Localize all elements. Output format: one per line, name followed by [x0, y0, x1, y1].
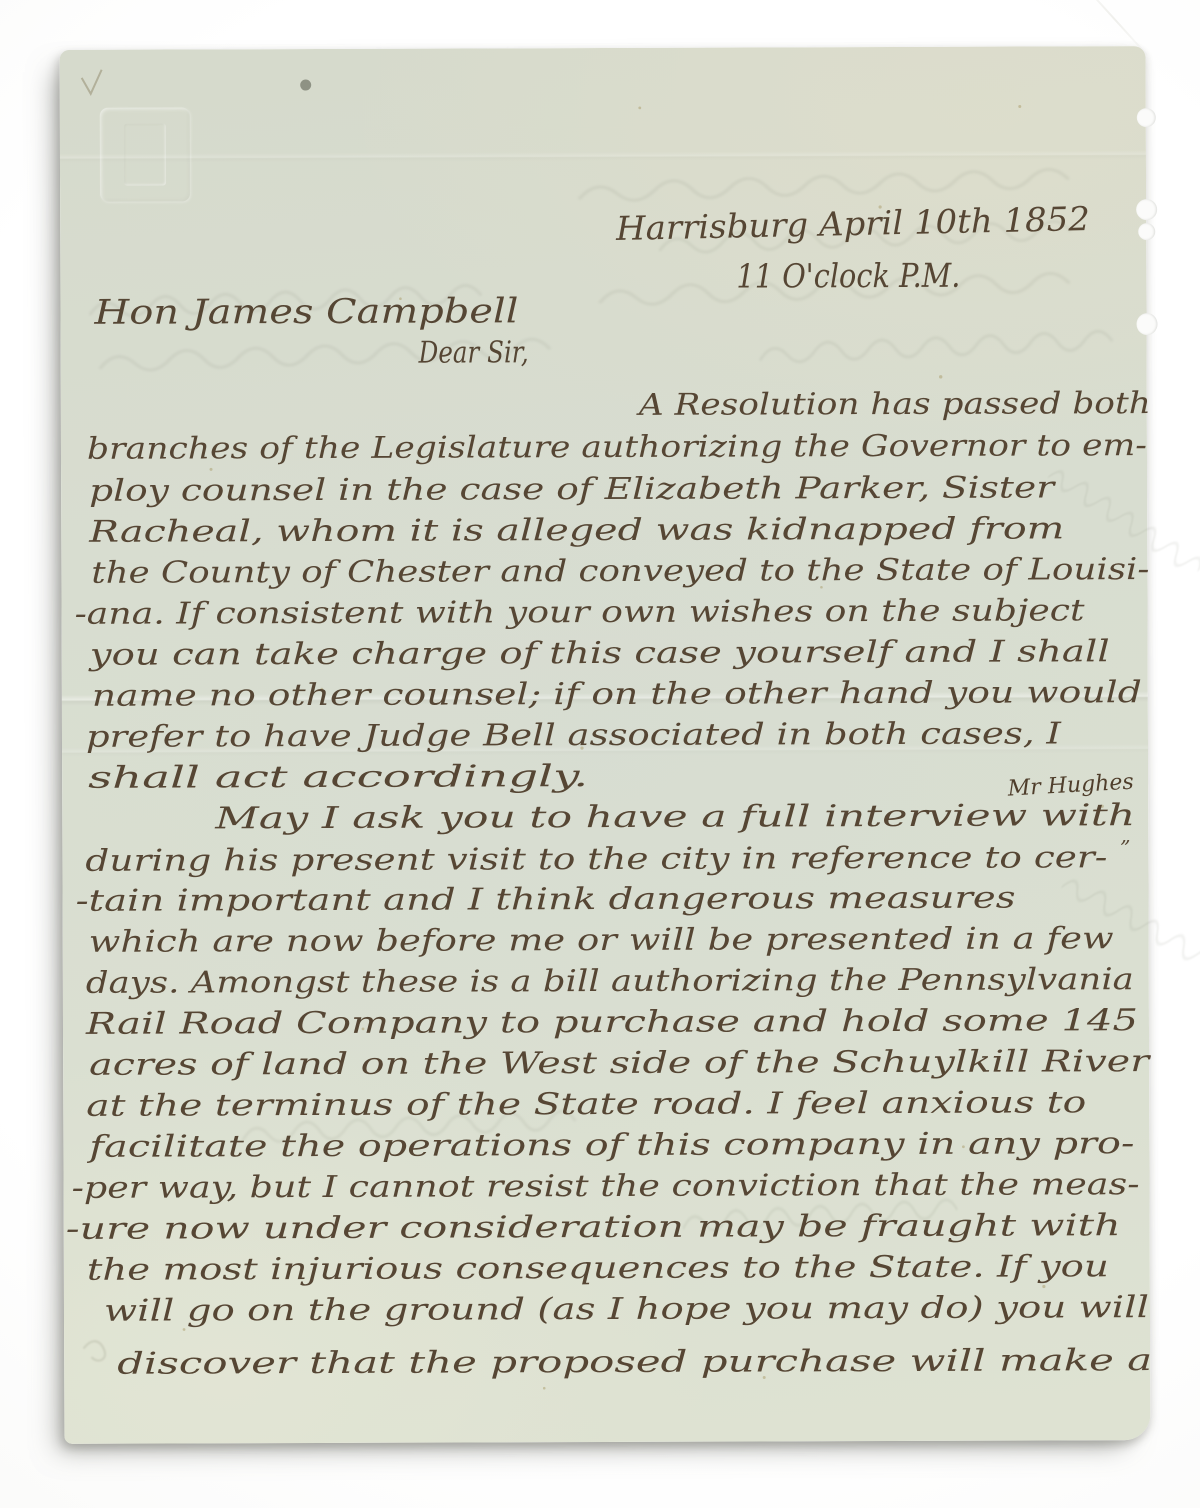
- letter-line: acres of land on the West side of the Sc…: [89, 1044, 1151, 1083]
- letter-line: the County of Chester and conveyed to th…: [91, 552, 1149, 591]
- letter-line: -ana. If consistent with your own wishes…: [74, 593, 1085, 632]
- handwriting-layer: Harrisburg April 10th 1852 11 O'clock P.…: [60, 46, 1151, 1444]
- letter-line: during his present visit to the city in …: [85, 840, 1107, 879]
- letter-line: name no other counsel; if on the other h…: [92, 675, 1142, 714]
- ink-dot-blemish: [300, 80, 311, 91]
- letter-paper: Harrisburg April 10th 1852 11 O'clock P.…: [60, 46, 1151, 1444]
- letter-line: prefer to have Judge Bell associated in …: [86, 716, 1063, 754]
- letter-line: branches of the Legislature authorizing …: [87, 428, 1147, 467]
- letter-line: Rail Road Company to purchase and hold s…: [85, 1003, 1138, 1042]
- letter-line: facilitate the operations of this compan…: [87, 1126, 1135, 1165]
- letter-line: discover that the proposed purchase will…: [117, 1343, 1152, 1382]
- recipient-line: Hon James Campbell: [93, 291, 518, 332]
- letter-line: will go on the ground (as I hope you may…: [104, 1290, 1149, 1329]
- salutation: Dear Sir,: [418, 335, 529, 370]
- pen-check-mark: [82, 70, 102, 94]
- letter-line: Racheal, whom it is alleged was kidnappe…: [88, 511, 1064, 549]
- letter-line: which are now before me or will be prese…: [89, 921, 1114, 960]
- letter-line: -ure now under consideration may be frau…: [66, 1208, 1121, 1247]
- letter-line: -tain important and I think dangerous me…: [75, 881, 1015, 919]
- dateline-time: 11 O'clock P.M.: [736, 256, 960, 296]
- letter-line: the most injurious consequences to the S…: [87, 1249, 1109, 1288]
- ghost-hook-mark: [84, 1341, 105, 1360]
- letter-line: ploy counsel in the case of Elizabeth Pa…: [89, 470, 1056, 508]
- letter-line: May I ask you to have a full interview w…: [214, 798, 1136, 836]
- insertion-caret: „: [1120, 823, 1130, 847]
- letter-line: at the terminus of the State road. I fee…: [86, 1085, 1086, 1123]
- insertion-mr-hughes: Mr Hughes: [1006, 770, 1134, 802]
- letter-line: shall act accordingly.: [88, 759, 588, 796]
- letter-line: A Resolution has passed both: [635, 386, 1151, 423]
- letter-text: Harrisburg April 10th 1852 11 O'clock P.…: [62, 199, 1154, 1382]
- letter-line: -per way, but I cannot resist the convic…: [71, 1167, 1139, 1206]
- letter-line: you can take charge of this case yoursel…: [87, 634, 1110, 673]
- scan-background: Harrisburg April 10th 1852 11 O'clock P.…: [0, 0, 1200, 1508]
- letter-line: days. Amongst these is a bill authorizin…: [86, 962, 1134, 1001]
